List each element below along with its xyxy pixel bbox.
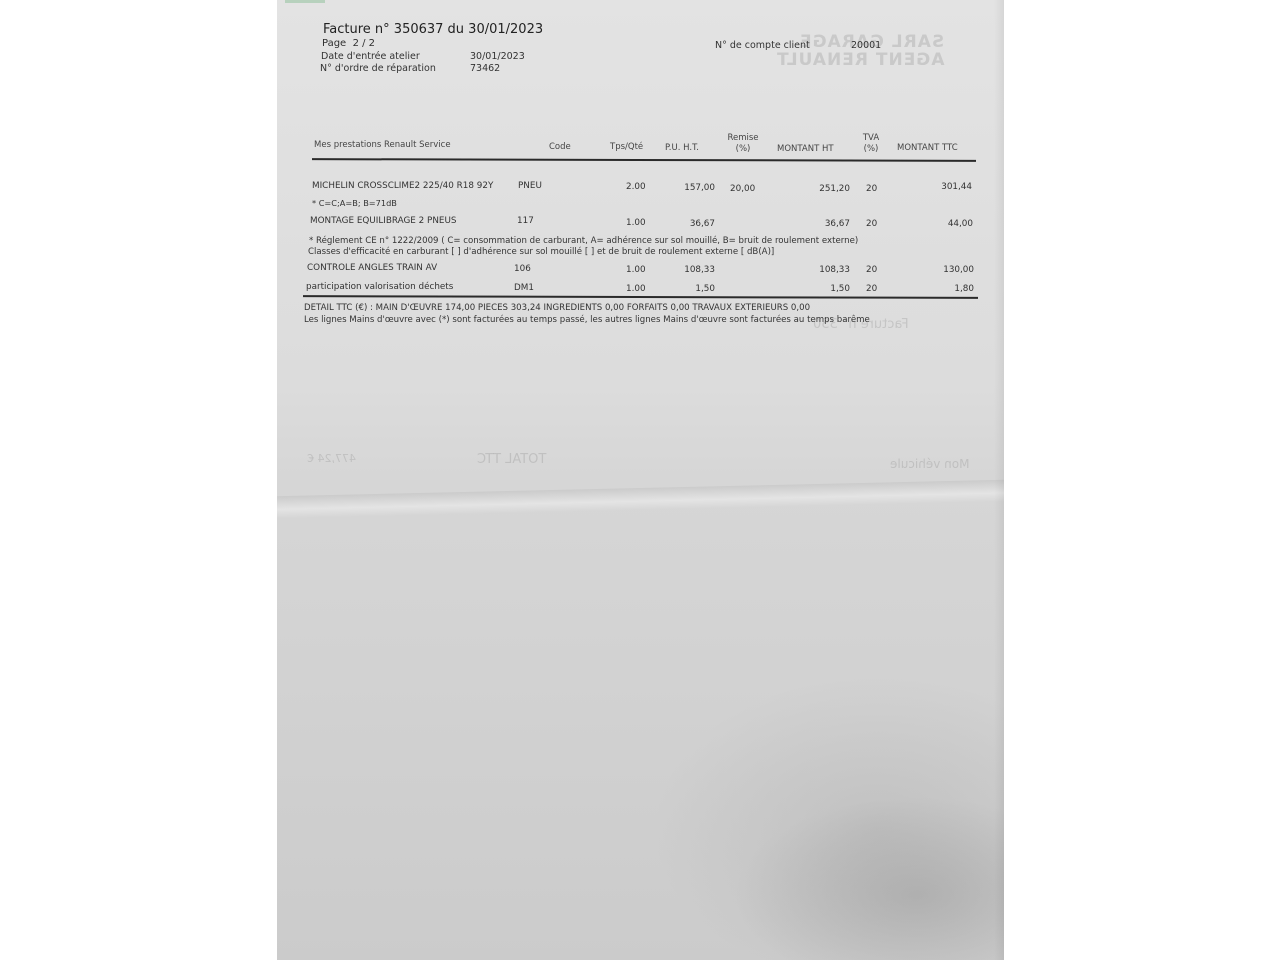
- tyre-label-note: * C=C;A=B; B=71dB: [312, 198, 397, 208]
- repair-order-value: 73462: [470, 63, 500, 74]
- row-vat: 20: [866, 265, 877, 275]
- col-amount-ht-header: MONTANT HT: [777, 144, 834, 155]
- row-amount-ttc: 44,00: [917, 219, 973, 229]
- bleed-through-total: TOTAL TTC: [477, 452, 546, 467]
- row-amount-ht: 251,20: [797, 184, 850, 194]
- col-code-header: Code: [549, 142, 571, 153]
- col-discount-header-line2: (%): [725, 144, 761, 155]
- row-vat: 20: [866, 184, 877, 194]
- col-discount-header-line1: Remise: [725, 133, 761, 144]
- col-qty-header: Tps/Qté: [610, 142, 643, 153]
- paper-edge-shadow: [994, 0, 1004, 960]
- col-vat-header-line2: (%): [859, 144, 883, 155]
- col-vat-header: TVA (%): [859, 133, 883, 155]
- col-unit-price-header: P.U. H.T.: [665, 143, 699, 154]
- row-amount-ttc: 130,00: [917, 265, 974, 275]
- repair-order-label: N° d'ordre de réparation: [320, 63, 436, 74]
- row-unit-price: 157,00: [667, 183, 715, 193]
- col-discount-header: Remise (%): [725, 133, 761, 155]
- invoice-title: Facture n° 350637 du 30/01/2023: [323, 22, 543, 37]
- page-value: 2 / 2: [353, 38, 375, 49]
- detail-ttc-summary: DETAIL TTC (€) : MAIN D'ŒUVRE 174,00 PIE…: [304, 303, 810, 313]
- row-code: PNEU: [518, 181, 542, 191]
- row-discount: 20,00: [730, 184, 755, 194]
- row-amount-ht: 1,50: [797, 284, 850, 294]
- row-unit-price: 108,33: [667, 265, 715, 275]
- previous-page-cut-text: ················: [277, 0, 1004, 8]
- workshop-entry-value: 30/01/2023: [470, 51, 525, 62]
- client-account-label: N° de compte client: [715, 40, 810, 51]
- bleed-through-total-value: 477,24 €: [307, 452, 356, 465]
- paper-fold: [277, 480, 1004, 518]
- col-description-header: Mes prestations Renault Service: [314, 140, 451, 151]
- row-qty: 1.00: [626, 284, 646, 294]
- labor-billing-note: Les lignes Mains d'œuvre avec (*) sont f…: [304, 315, 870, 325]
- row-description: MONTAGE EQUILIBRAGE 2 PNEUS: [310, 216, 457, 226]
- row-amount-ht: 108,33: [797, 265, 850, 275]
- row-code: DM1: [514, 283, 534, 293]
- row-qty: 1.00: [626, 218, 646, 228]
- row-qty: 2.00: [626, 182, 646, 192]
- table-bottom-rule: [303, 295, 978, 299]
- col-vat-header-line1: TVA: [859, 133, 883, 144]
- bleed-through-vehicle: Mon véhicule: [890, 457, 969, 471]
- invoice-page: ················ SARL GARAGE AGENT RENAU…: [277, 0, 1004, 960]
- col-amount-ttc-header: MONTANT TTC: [897, 143, 958, 154]
- row-code: 106: [514, 264, 531, 274]
- row-vat: 20: [866, 284, 877, 294]
- row-amount-ttc: 301,44: [917, 182, 972, 192]
- row-qty: 1.00: [626, 265, 646, 275]
- row-unit-price: 36,67: [667, 219, 715, 229]
- regulation-note-line2: Classes d'efficacité en carburant [ ] d'…: [308, 247, 774, 257]
- regulation-note-line1: * Réglement CE n° 1222/2009 ( C= consomm…: [309, 236, 858, 246]
- row-unit-price: 1,50: [667, 284, 715, 294]
- row-amount-ht: 36,67: [797, 219, 850, 229]
- row-description: MICHELIN CROSSCLIME2 225/40 R18 92Y: [312, 181, 493, 191]
- page-number: Page 2 / 2: [322, 38, 375, 49]
- row-description: participation valorisation déchets: [306, 282, 453, 292]
- bleed-through-agent: AGENT RENAULT: [776, 50, 944, 70]
- header-rule: [312, 158, 976, 162]
- row-vat: 20: [866, 219, 877, 229]
- row-code: 117: [517, 216, 534, 226]
- workshop-entry-label: Date d'entrée atelier: [321, 51, 420, 62]
- row-amount-ttc: 1,80: [917, 284, 974, 294]
- page-label: Page: [322, 38, 346, 49]
- client-account-value: 20001: [851, 40, 881, 51]
- row-description: CONTROLE ANGLES TRAIN AV: [307, 263, 437, 273]
